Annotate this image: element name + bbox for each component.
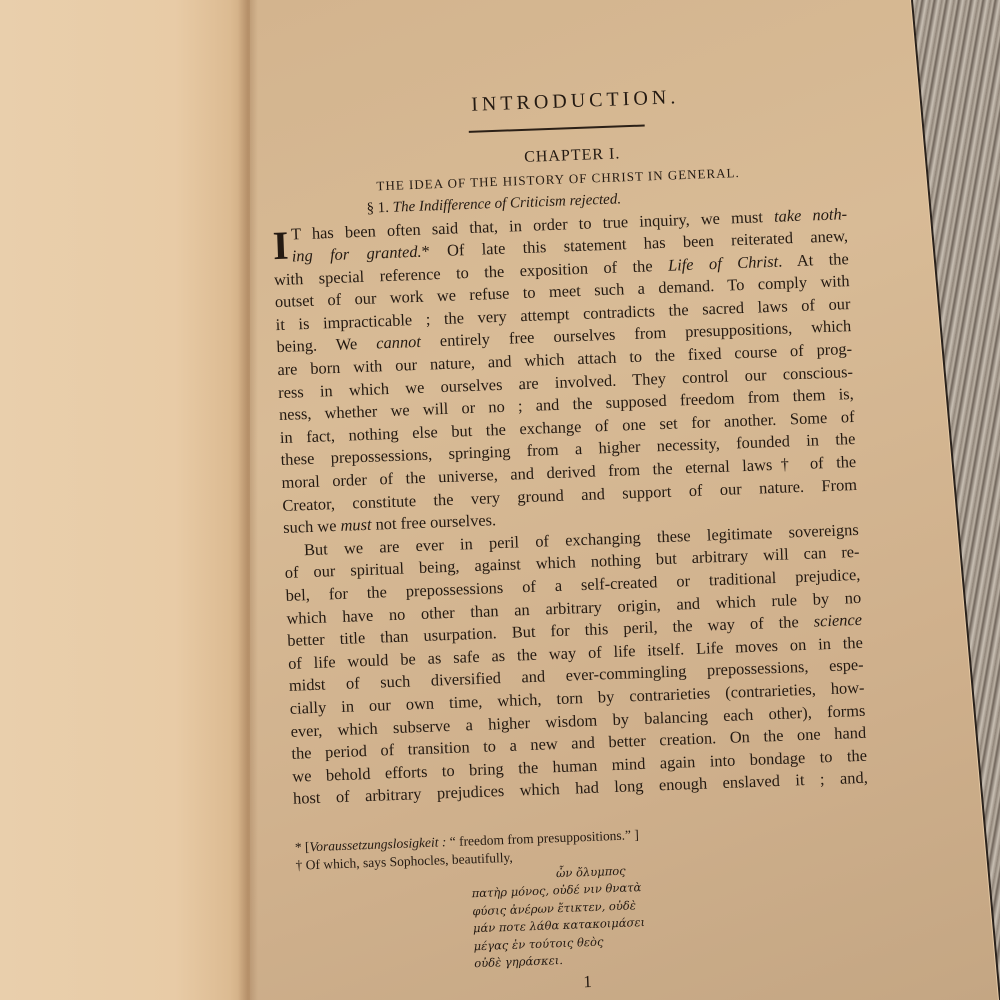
paragraph-2: But we are ever in peril of exchanging t… xyxy=(284,519,869,811)
footnotes: * [Voraussetzungslosigkeit : “ freedom f… xyxy=(295,818,876,1000)
left-page xyxy=(0,0,250,1000)
drop-cap: I xyxy=(272,227,289,264)
header-rule xyxy=(469,124,645,132)
section-number: § 1. xyxy=(366,199,389,216)
page-text: INTRODUCTION. CHAPTER I. THE IDEA OF THE… xyxy=(268,80,876,1000)
greek-quotation: ὧν ὄλυμπος πατὴρ μόνος, οὐδέ νιν θνατὰ φ… xyxy=(471,854,875,974)
paragraph-1: I T has been often said that, in order t… xyxy=(272,203,858,540)
book-gutter xyxy=(238,0,258,1000)
